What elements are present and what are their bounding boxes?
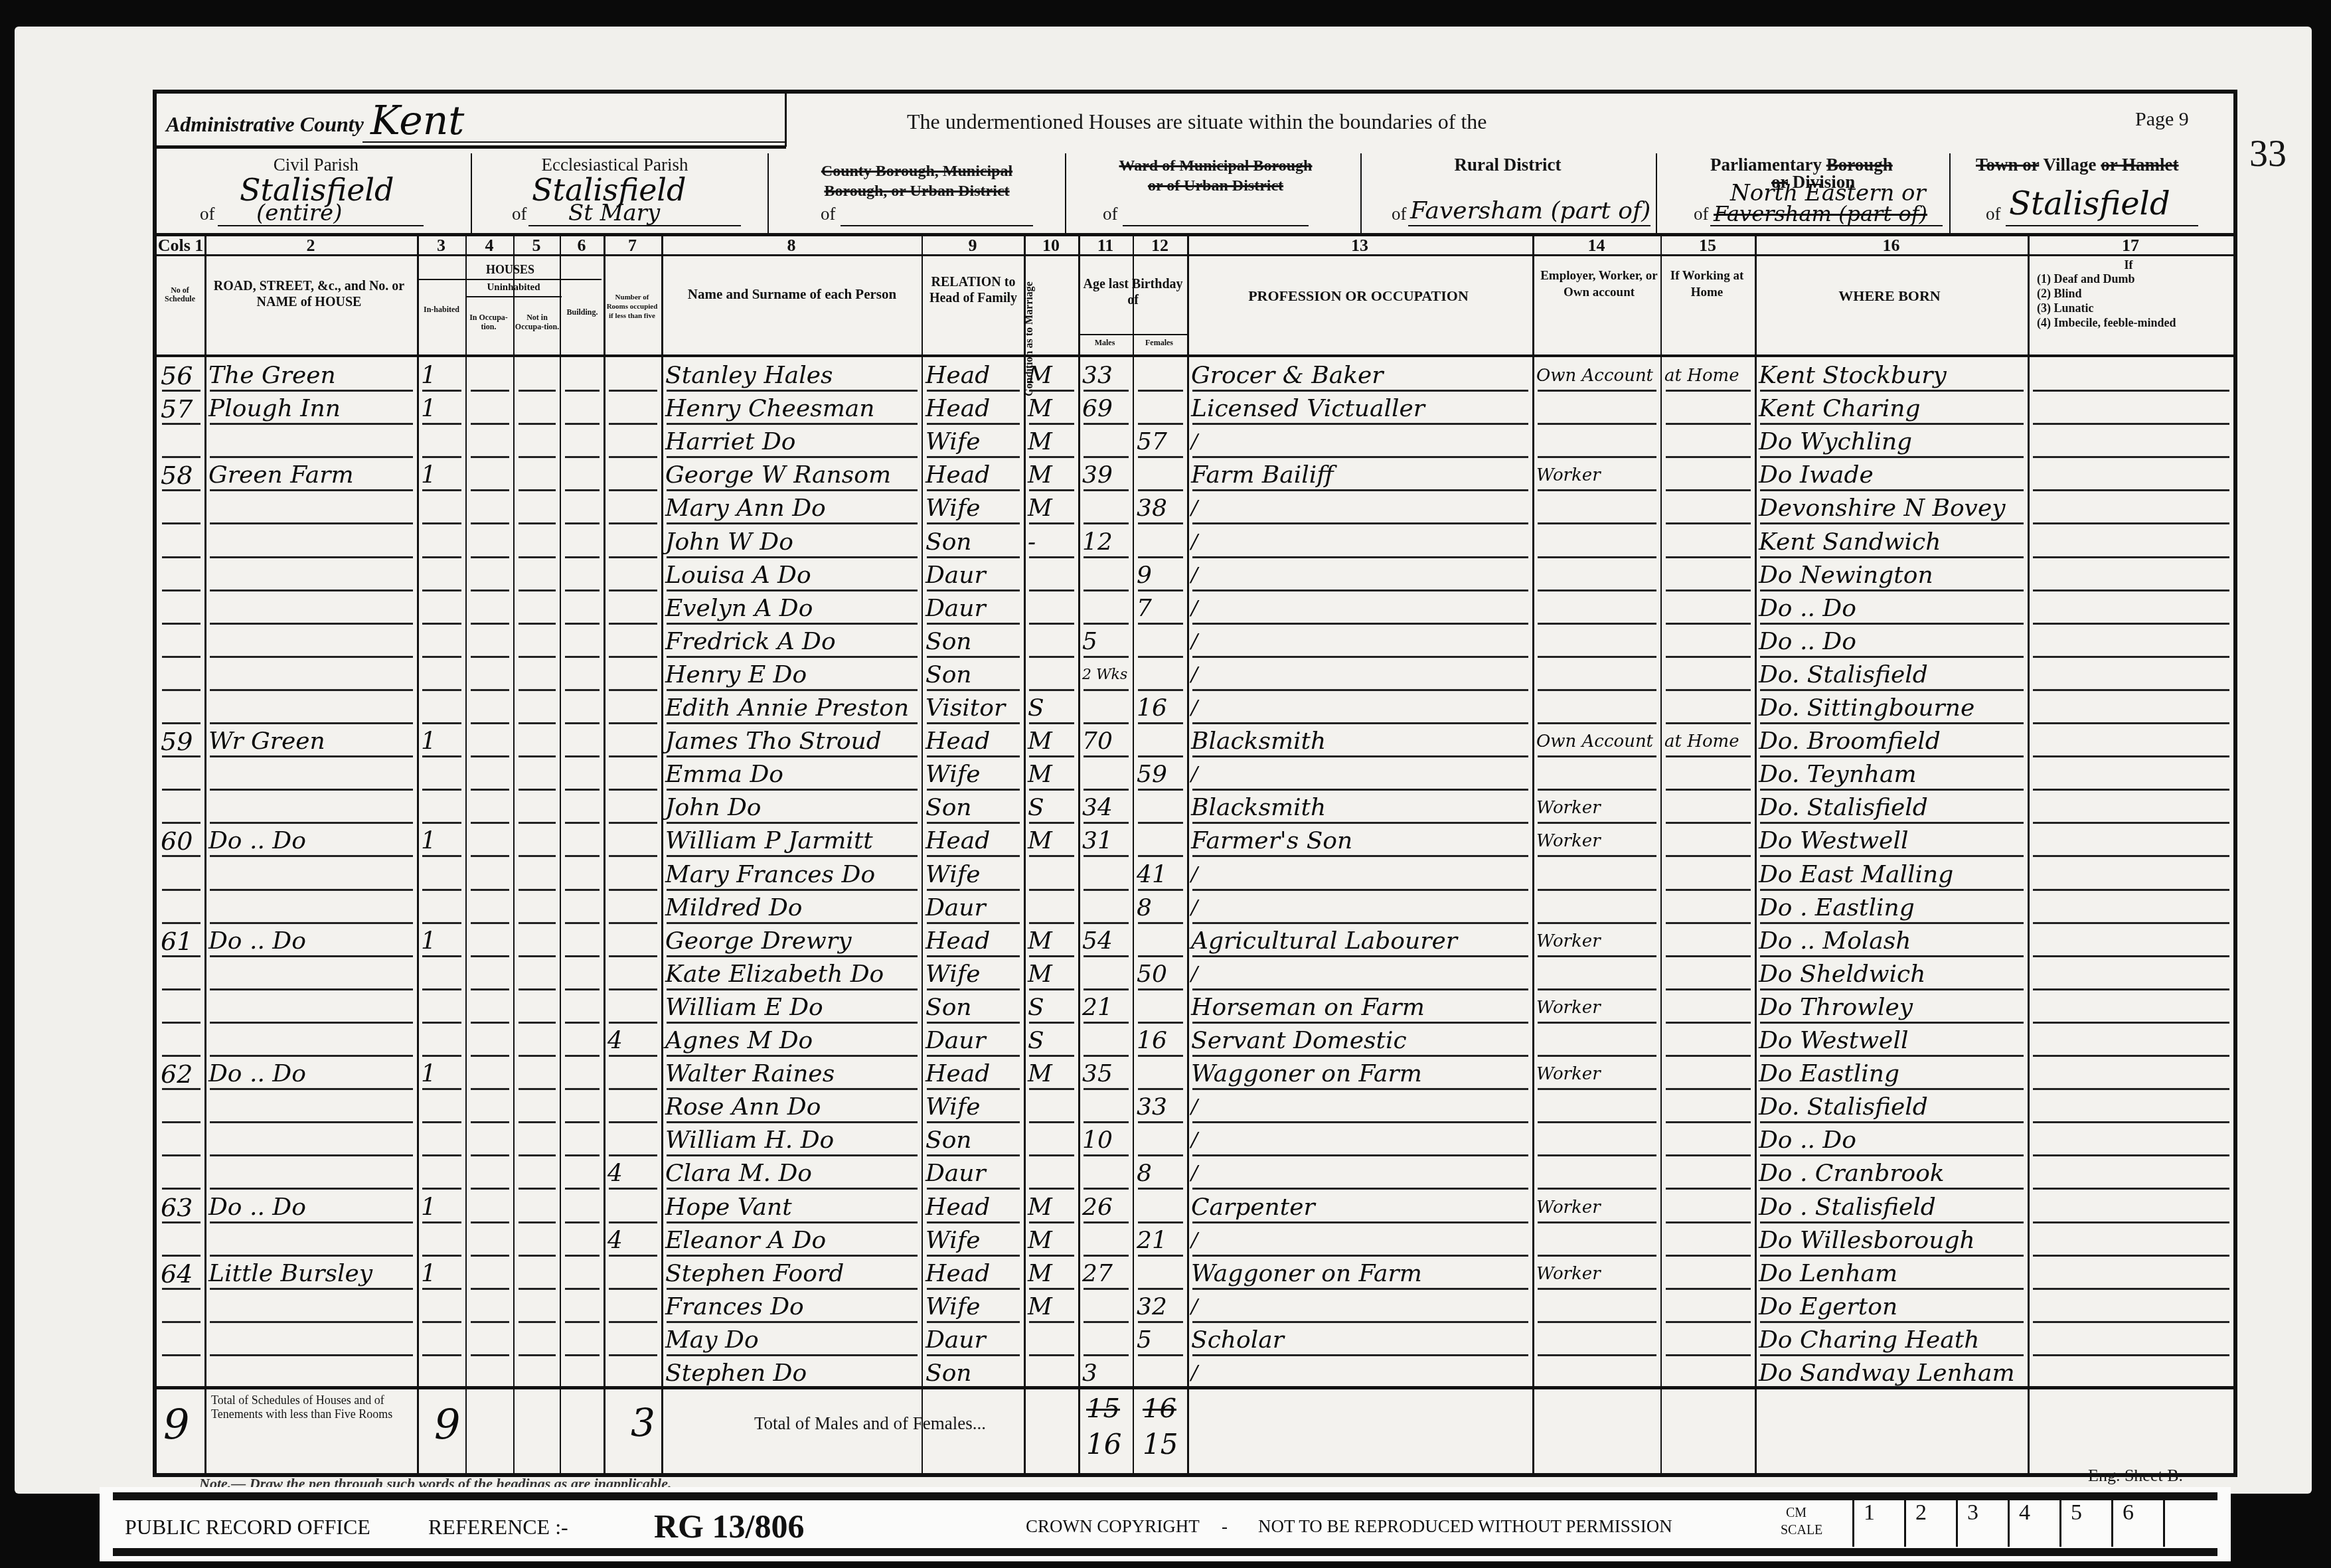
table-row: William E DoSonS21Horseman on FarmWorker… <box>157 989 2233 1022</box>
age-male: 69 <box>1082 390 1131 424</box>
underline <box>528 225 741 226</box>
employment-status <box>1536 590 1659 623</box>
house-address <box>208 1222 416 1255</box>
inhabited-count <box>421 623 464 657</box>
village-label-struck-2: or Hamlet <box>2101 155 2178 175</box>
rural-district-value: Faversham (part of) <box>1410 197 1650 224</box>
marital-condition: - <box>1028 524 1077 557</box>
total-males-struck: 15 <box>1086 1393 1120 1424</box>
schedule-number <box>161 1289 203 1322</box>
inhabited-count: 1 <box>421 1189 464 1222</box>
folio-number: 33 <box>2249 133 2287 175</box>
rooms-count <box>607 756 660 789</box>
schedule-number <box>161 1155 203 1188</box>
working-at-home <box>1664 956 1753 989</box>
table-row: May DoDaur5ScholarDo Charing Heath <box>157 1322 2233 1355</box>
employment-status: Own Account <box>1536 723 1659 756</box>
scale-tick: 2 <box>1904 1500 1956 1547</box>
col17-if: If <box>2029 258 2228 272</box>
total-inhabited: 9 <box>434 1400 460 1449</box>
occupation: Scholar <box>1191 1322 1531 1355</box>
divider <box>471 153 472 233</box>
employment-status: Worker <box>1536 1255 1659 1289</box>
inhabited-count <box>421 524 464 557</box>
working-at-home <box>1664 623 1753 657</box>
village-label: Town or Village or Hamlet <box>1976 155 2179 175</box>
person-name: Henry Cheesman <box>665 390 920 424</box>
schedule-number <box>161 1322 203 1355</box>
employment-status <box>1536 890 1659 923</box>
schedule-number <box>161 690 203 723</box>
marital-condition: S <box>1028 789 1077 823</box>
schedule-number <box>161 1022 203 1056</box>
person-name: Fredrick A Do <box>665 623 920 657</box>
divider <box>767 153 769 233</box>
age-female: 16 <box>1137 690 1186 723</box>
employment-status <box>1536 1122 1659 1155</box>
table-row: 63Do .. Do1Hope VantHeadM26CarpenterWork… <box>157 1189 2233 1222</box>
working-at-home <box>1664 690 1753 723</box>
col17-item-2: (2) Blind <box>2037 286 2176 301</box>
house-address <box>208 590 416 623</box>
relation-to-head: Wife <box>925 424 1022 457</box>
column-number: 13 <box>1187 236 1532 256</box>
archive-footer: PUBLIC RECORD OFFICE REFERENCE :- RG 13/… <box>100 1487 2231 1561</box>
employment-status <box>1536 1322 1659 1355</box>
house-address <box>208 1089 416 1122</box>
schedule-number <box>161 956 203 989</box>
working-at-home <box>1664 390 1753 424</box>
census-form: Administrative County Kent The underment… <box>153 90 2237 1477</box>
rooms-count <box>607 723 660 756</box>
relation-to-head: Head <box>925 1189 1022 1222</box>
relation-to-head: Son <box>925 789 1022 823</box>
tick-mark: / <box>1191 657 1211 690</box>
age-male <box>1082 756 1131 789</box>
inhabited-count <box>421 856 464 890</box>
relation-to-head: Daur <box>925 1155 1022 1188</box>
inhabited-count: 1 <box>421 723 464 756</box>
inhabited-count <box>421 557 464 590</box>
tick-mark: / <box>1191 1289 1211 1322</box>
age-female <box>1137 524 1186 557</box>
schedule-number <box>161 890 203 923</box>
rooms-count <box>607 890 660 923</box>
marital-condition: S <box>1028 989 1077 1022</box>
relation-to-head: Head <box>925 390 1022 424</box>
employment-status <box>1536 657 1659 690</box>
age-female <box>1137 723 1186 756</box>
col4-header: In Occupa-tion. <box>465 313 512 331</box>
occupation: Licensed Victualler <box>1191 390 1531 424</box>
age-female: 8 <box>1137 890 1186 923</box>
birthplace: Do Iwade <box>1759 457 2026 490</box>
total-females-struck: 16 <box>1143 1393 1176 1424</box>
age-male: 54 <box>1082 923 1131 956</box>
tick-mark: / <box>1191 890 1211 923</box>
inhabited-count <box>421 956 464 989</box>
person-name: Hope Vant <box>665 1189 920 1222</box>
relation-to-head: Son <box>925 524 1022 557</box>
employment-status: Worker <box>1536 457 1659 490</box>
schedule-number <box>161 657 203 690</box>
ward-label: Ward of Municipal Borough <box>1073 157 1358 175</box>
footer-bottom-bar <box>113 1548 2217 1556</box>
birthplace: Do Newington <box>1759 557 2026 590</box>
column-number: 11 <box>1078 236 1133 256</box>
employment-status: Worker <box>1536 823 1659 856</box>
house-address <box>208 789 416 823</box>
age-male: 12 <box>1082 524 1131 557</box>
occupation <box>1191 1222 1531 1255</box>
relation-to-head: Wife <box>925 490 1022 523</box>
relation-to-head: Head <box>925 923 1022 956</box>
birthplace: Do Westwell <box>1759 1022 2026 1056</box>
employment-status <box>1536 956 1659 989</box>
marital-condition <box>1028 890 1077 923</box>
person-name: George Drewry <box>665 923 920 956</box>
schedule-number <box>161 856 203 890</box>
inhabited-count <box>421 1122 464 1155</box>
marital-condition: M <box>1028 1289 1077 1322</box>
col5-header: Not in Occupa-tion. <box>514 313 560 331</box>
age-female: 7 <box>1137 590 1186 623</box>
employment-status <box>1536 524 1659 557</box>
occupation <box>1191 490 1531 523</box>
schedule-number <box>161 490 203 523</box>
relation-to-head: Daur <box>925 590 1022 623</box>
occupation <box>1191 1289 1531 1322</box>
admin-county-box-bottom <box>157 145 786 149</box>
col8-header: Name and Surname of each Person <box>663 286 922 303</box>
house-address <box>208 956 416 989</box>
table-row: 4Agnes M DoDaurS16Servant DomesticDo Wes… <box>157 1022 2233 1056</box>
age-female: 59 <box>1137 756 1186 789</box>
house-address <box>208 1289 416 1322</box>
working-at-home <box>1664 756 1753 789</box>
underline <box>218 225 424 226</box>
working-at-home <box>1664 856 1753 890</box>
age-female <box>1137 657 1186 690</box>
scale-tick: 5 <box>2059 1500 2111 1547</box>
total-females: 15 <box>1143 1428 1178 1460</box>
footer-office: PUBLIC RECORD OFFICE <box>125 1515 370 1539</box>
occupation <box>1191 657 1531 690</box>
inhabited-count <box>421 1355 464 1388</box>
relation-to-head: Head <box>925 823 1022 856</box>
parliamentary-value-2: Faversham (part of) <box>1714 201 1927 226</box>
col11-header: Males <box>1078 338 1131 347</box>
rooms-count <box>607 490 660 523</box>
employment-status <box>1536 1289 1659 1322</box>
house-address <box>208 424 416 457</box>
table-row: 62Do .. Do1Walter RainesHeadM35Waggoner … <box>157 1056 2233 1089</box>
marital-condition: S <box>1028 690 1077 723</box>
rooms-count <box>607 823 660 856</box>
birthplace: Do . Eastling <box>1759 890 2026 923</box>
schedule-number <box>161 424 203 457</box>
footer-scale-label-1: CM <box>1786 1506 1807 1521</box>
table-row: Mary Frances DoWife41Do East Malling/ <box>157 856 2233 890</box>
working-at-home <box>1664 1289 1753 1322</box>
footer-reference-value: RG 13/806 <box>654 1507 804 1545</box>
person-name: Eleanor A Do <box>665 1222 920 1255</box>
col1-header: No of Schedule <box>157 286 203 303</box>
person-name: Henry E Do <box>665 657 920 690</box>
schedule-number <box>161 524 203 557</box>
employment-status: Own Account <box>1536 357 1659 390</box>
age-male: 39 <box>1082 457 1131 490</box>
birthplace: Do .. Do <box>1759 590 2026 623</box>
occupation: Servant Domestic <box>1191 1022 1531 1056</box>
underline <box>841 225 1033 226</box>
tick-mark: / <box>1191 557 1211 590</box>
age-male: 27 <box>1082 1255 1131 1289</box>
working-at-home <box>1664 923 1753 956</box>
age-female <box>1137 357 1186 390</box>
inhabited-count: 1 <box>421 390 464 424</box>
occupation <box>1191 756 1531 789</box>
house-address: Do .. Do <box>208 923 416 956</box>
schedule-number <box>161 1122 203 1155</box>
marital-condition <box>1028 1355 1077 1388</box>
rooms-count <box>607 1122 660 1155</box>
house-address <box>208 623 416 657</box>
working-at-home <box>1664 557 1753 590</box>
col9-header: RELATION to Head of Family <box>924 274 1023 306</box>
working-at-home <box>1664 1089 1753 1122</box>
house-address: Wr Green <box>208 723 416 756</box>
relation-to-head: Wife <box>925 956 1022 989</box>
col16-header: WHERE BORN <box>1757 287 2022 305</box>
marital-condition: M <box>1028 1056 1077 1089</box>
person-name: Stanley Hales <box>665 357 920 390</box>
occupation: Farmer's Son <box>1191 823 1531 856</box>
column-number: 10 <box>1024 236 1078 256</box>
inhabited-count <box>421 1022 464 1056</box>
table-row: 60Do .. Do1William P JarmittHeadM31Farme… <box>157 823 2233 856</box>
age-male <box>1082 890 1131 923</box>
age-male <box>1082 1155 1131 1188</box>
rooms-count <box>607 989 660 1022</box>
marital-condition <box>1028 1089 1077 1122</box>
schedule-number: 60 <box>161 823 203 856</box>
tick-mark: / <box>1191 1355 1211 1388</box>
age-male: 3 <box>1082 1355 1131 1388</box>
col17-item-4: (4) Imbecile, feeble-minded <box>2037 315 2176 330</box>
occupation <box>1191 690 1531 723</box>
birthplace: Do Westwell <box>1759 823 2026 856</box>
relation-to-head: Head <box>925 1255 1022 1289</box>
person-name: Rose Ann Do <box>665 1089 920 1122</box>
schedule-number: 61 <box>161 923 203 956</box>
divider <box>1656 153 1657 233</box>
column-number: 16 <box>1755 236 2028 256</box>
employment-status <box>1536 1089 1659 1122</box>
col17-item-3: (3) Lunatic <box>2037 301 2176 315</box>
working-at-home <box>1664 890 1753 923</box>
footer-permission: NOT TO BE REPRODUCED WITHOUT PERMISSION <box>1258 1516 1672 1537</box>
inhabited-count <box>421 424 464 457</box>
birthplace: Do. Stalisfield <box>1759 1089 2026 1122</box>
col6-header: Building. <box>562 307 603 317</box>
civil-parish-of: of <box>200 204 215 224</box>
working-at-home <box>1664 457 1753 490</box>
person-name: William P Jarmitt <box>665 823 920 856</box>
tick-mark: / <box>1191 1089 1211 1122</box>
col2-header: ROAD, STREET, &c., and No. or NAME of HO… <box>204 278 414 310</box>
occupation <box>1191 1355 1531 1388</box>
tick-mark: / <box>1191 1155 1211 1188</box>
divider <box>1065 153 1066 233</box>
tick-mark: / <box>1191 490 1211 523</box>
rooms-count <box>607 923 660 956</box>
employment-status: Worker <box>1536 1056 1659 1089</box>
working-at-home <box>1664 1222 1753 1255</box>
divider <box>1360 153 1362 233</box>
person-name: Kate Elizabeth Do <box>665 956 920 989</box>
age-male <box>1082 490 1131 523</box>
village-value: Stalisfield <box>2009 185 2170 222</box>
marital-condition: M <box>1028 1255 1077 1289</box>
house-address: Little Bursley <box>208 1255 416 1289</box>
relation-to-head: Head <box>925 723 1022 756</box>
employment-status <box>1536 1022 1659 1056</box>
age-male: 70 <box>1082 723 1131 756</box>
marital-condition: M <box>1028 723 1077 756</box>
age-female <box>1137 1189 1186 1222</box>
birthplace: Do . Stalisfield <box>1759 1189 2026 1222</box>
occupation <box>1191 856 1531 890</box>
table-row: Harriet DoWifeM57Do Wychling/ <box>157 424 2233 457</box>
age-male <box>1082 856 1131 890</box>
col7-header: Number of Rooms occupied if less than fi… <box>606 293 658 321</box>
rooms-count <box>607 1322 660 1355</box>
total-males: 16 <box>1086 1428 1121 1460</box>
house-address <box>208 1122 416 1155</box>
relation-to-head: Wife <box>925 756 1022 789</box>
rooms-count <box>607 789 660 823</box>
marital-condition <box>1028 1122 1077 1155</box>
working-at-home: at Home <box>1664 357 1753 390</box>
inhabited-count <box>421 657 464 690</box>
employment-status <box>1536 623 1659 657</box>
age-female: 57 <box>1137 424 1186 457</box>
person-name: John W Do <box>665 524 920 557</box>
age-male <box>1082 1322 1131 1355</box>
parliamentary-of: of <box>1694 204 1709 224</box>
birthplace: Do. Teynham <box>1759 756 2026 789</box>
civil-parish-of-value: (entire) <box>256 200 342 226</box>
county-borough-of: of <box>821 204 836 224</box>
tick-mark: / <box>1191 424 1211 457</box>
birthplace: Do. Broomfield <box>1759 723 2026 756</box>
occupation: Agricultural Labourer <box>1191 923 1531 956</box>
table-row: 59Wr Green1James Tho StroudHeadM70Blacks… <box>157 723 2233 756</box>
page-number: Page 9 <box>2135 108 2189 131</box>
scale-tick: 4 <box>2008 1500 2059 1547</box>
person-name: Mary Frances Do <box>665 856 920 890</box>
employment-status: Worker <box>1536 923 1659 956</box>
village-of: of <box>1986 204 2001 224</box>
schedule-number <box>161 1355 203 1388</box>
occupation: Horseman on Farm <box>1191 989 1531 1022</box>
rooms-count <box>607 956 660 989</box>
inhabited-count <box>421 1089 464 1122</box>
age-female: 41 <box>1137 856 1186 890</box>
table-row: Henry E DoSon2 WksDo. Stalisfield/ <box>157 657 2233 690</box>
marital-condition <box>1028 1155 1077 1188</box>
col15-header: If Working at Home <box>1664 268 1750 301</box>
age-male <box>1082 1289 1131 1322</box>
person-name: William E Do <box>665 989 920 1022</box>
person-name: Walter Raines <box>665 1056 920 1089</box>
col3-header: In-habited <box>419 305 464 314</box>
col13-header: PROFESSION OR OCCUPATION <box>1192 287 1524 305</box>
underline <box>2006 225 2198 226</box>
column-number: 9 <box>922 236 1024 256</box>
occupation <box>1191 890 1531 923</box>
schedule-number <box>161 1222 203 1255</box>
age-male <box>1082 1089 1131 1122</box>
relation-to-head: Son <box>925 623 1022 657</box>
rooms-count <box>607 1355 660 1388</box>
relation-to-head: Daur <box>925 1022 1022 1056</box>
tick-mark: / <box>1191 856 1211 890</box>
rooms-count <box>607 1089 660 1122</box>
marital-condition: M <box>1028 1222 1077 1255</box>
house-address <box>208 890 416 923</box>
marital-condition <box>1028 1322 1077 1355</box>
relation-to-head: Wife <box>925 1089 1022 1122</box>
marital-condition: M <box>1028 756 1077 789</box>
birthplace: Do. Sittingbourne <box>1759 690 2026 723</box>
colnum-rule <box>157 254 2233 256</box>
table-row: Rose Ann DoWife33Do. Stalisfield/ <box>157 1089 2233 1122</box>
birthplace: Do Charing Heath <box>1759 1322 2026 1355</box>
working-at-home <box>1664 424 1753 457</box>
table-row: Fredrick A DoSon5Do .. Do/ <box>157 623 2233 657</box>
table-row: 61Do .. Do1George DrewryHeadM54Agricultu… <box>157 923 2233 956</box>
marital-condition <box>1028 623 1077 657</box>
age-female: 5 <box>1137 1322 1186 1355</box>
total-rooms: 3 <box>631 1400 655 1445</box>
age-male: 31 <box>1082 823 1131 856</box>
rooms-count <box>607 1056 660 1089</box>
tick-mark: / <box>1191 956 1211 989</box>
relation-to-head: Head <box>925 457 1022 490</box>
admin-county-box-edge <box>785 94 787 147</box>
working-at-home <box>1664 989 1753 1022</box>
employment-status: Worker <box>1536 989 1659 1022</box>
houses-header: HOUSES <box>419 263 602 277</box>
county-borough-label: County Borough, Municipal <box>774 163 1060 181</box>
footer-top-bar <box>113 1492 2217 1500</box>
rooms-count <box>607 623 660 657</box>
inhabited-count <box>421 789 464 823</box>
rooms-count: 4 <box>607 1155 660 1188</box>
table-row: Evelyn A DoDaur7Do .. Do/ <box>157 590 2233 623</box>
birthplace: Kent Charing <box>1759 390 2026 424</box>
house-address <box>208 524 416 557</box>
occupation <box>1191 524 1531 557</box>
col17-item-1: (1) Deaf and Dumb <box>2037 272 2176 286</box>
rooms-count <box>607 424 660 457</box>
age-male <box>1082 557 1131 590</box>
age-female: 50 <box>1137 956 1186 989</box>
occupation <box>1191 1155 1531 1188</box>
table-row: Kate Elizabeth DoWifeM50Do Sheldwich/ <box>157 956 2233 989</box>
